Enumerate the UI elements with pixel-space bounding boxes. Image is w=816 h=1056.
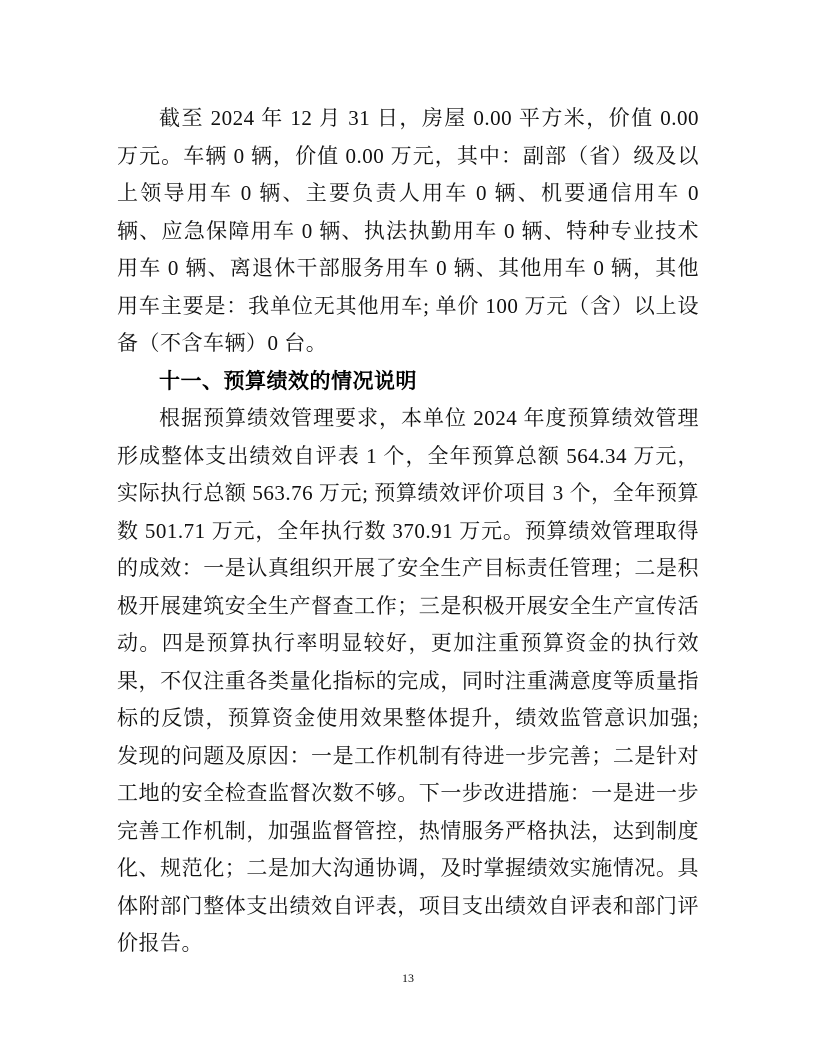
page-number: 13	[0, 971, 816, 985]
paragraph-assets-statement: 截至 2024 年 12 月 31 日，房屋 0.00 平方米，价值 0.00 …	[117, 100, 699, 363]
document-body: 截至 2024 年 12 月 31 日，房屋 0.00 平方米，价值 0.00 …	[117, 100, 699, 963]
document-page: 截至 2024 年 12 月 31 日，房屋 0.00 平方米，价值 0.00 …	[0, 0, 816, 1056]
paragraph-performance-statement: 根据预算绩效管理要求，本单位 2024 年度预算绩效管理形成整体支出绩效自评表 …	[117, 400, 699, 963]
section-heading-budget-performance: 十一、预算绩效的情况说明	[117, 363, 699, 401]
